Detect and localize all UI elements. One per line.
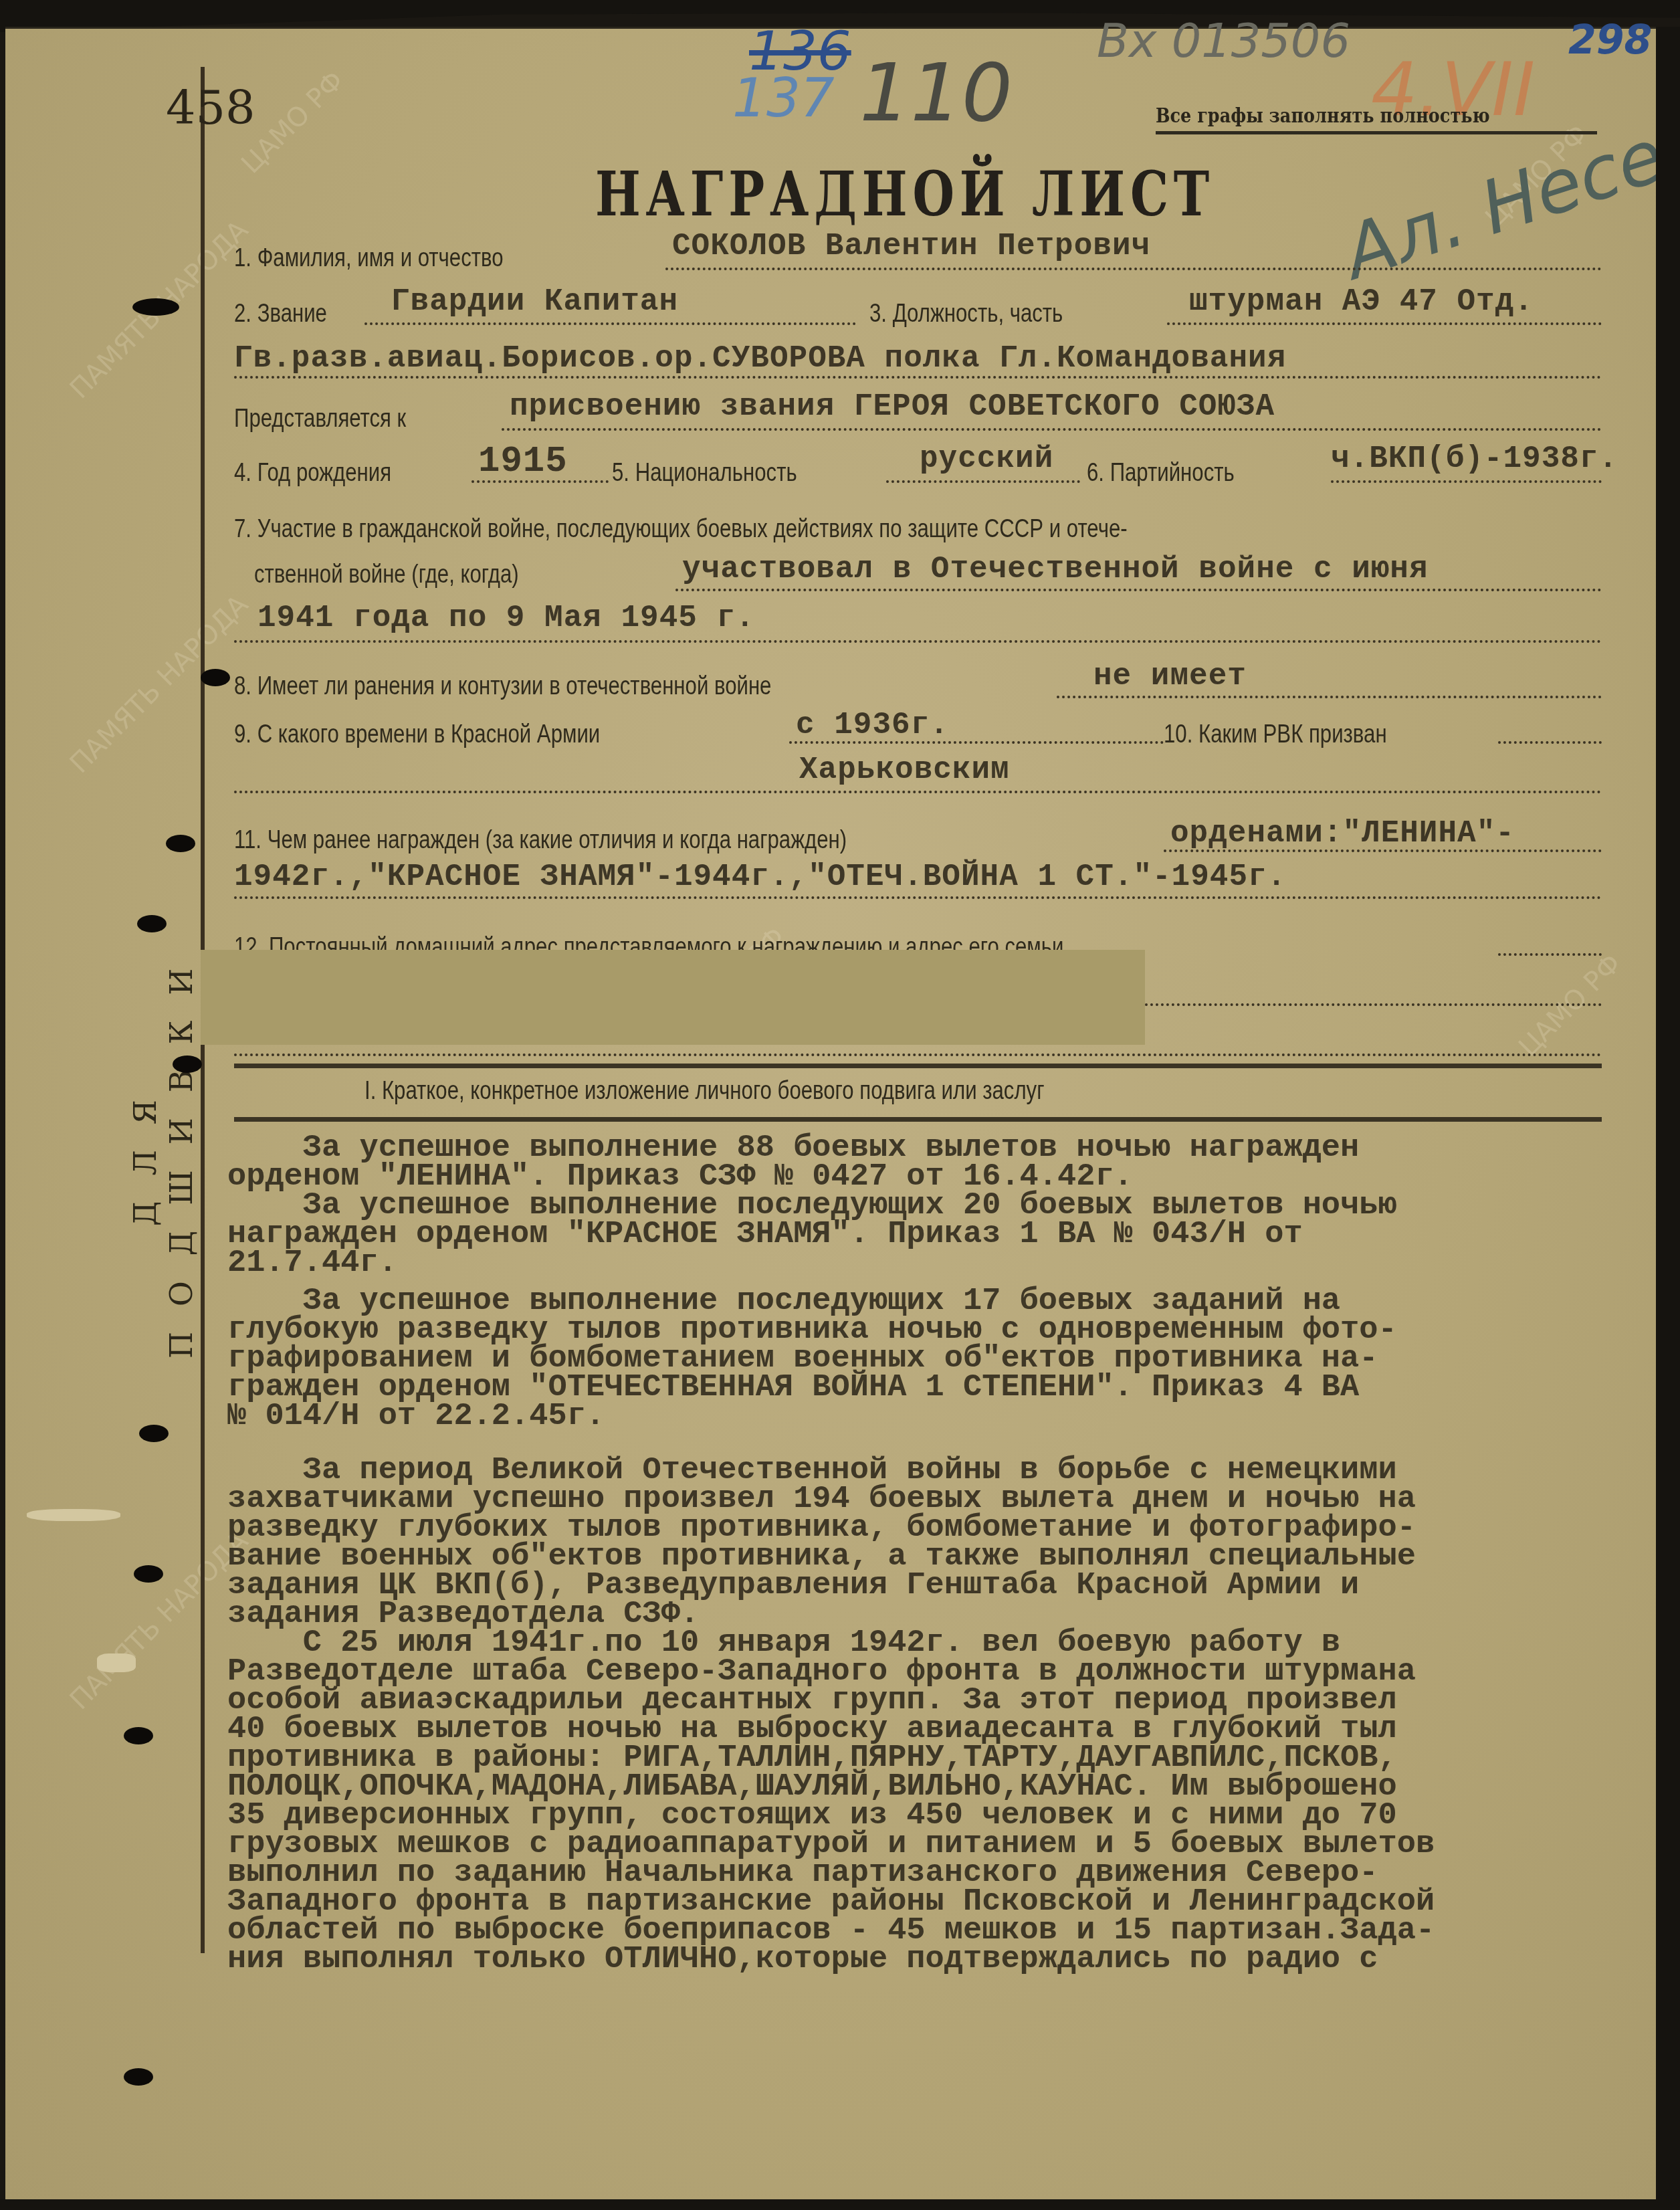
field-5-label: 5. Национальность	[612, 459, 797, 488]
narrative-line: вание военных об"ектов противника, а так…	[227, 1542, 1672, 1571]
field-11-value: орденами:"ЛЕНИНА"-	[1170, 816, 1515, 851]
field-3-value: штурман АЭ 47 Отд.	[1189, 284, 1534, 319]
paper-tear	[97, 1653, 136, 1672]
field-4-label: 4. Год рождения	[234, 459, 391, 488]
field-11-label: 11. Чем ранее награжден (за какие отличи…	[234, 826, 847, 855]
field-4-value: 1915	[478, 441, 568, 482]
redacted-address	[201, 950, 1145, 1045]
incoming-reference: Вх 013506	[1097, 13, 1350, 68]
nominated-label: Представляется к	[234, 405, 406, 433]
instruction-underline	[1156, 131, 1597, 134]
document-title: НАГРАДНОЙ ЛИСТ	[595, 158, 1215, 230]
fill-line	[886, 480, 1080, 483]
field-10-label: 10. Каким РВК призван	[1164, 720, 1387, 749]
section-heading: I. Краткое, конкретное изложение личного…	[364, 1077, 1045, 1106]
field-6-value: ч.ВКП(б)-1938г.	[1331, 441, 1618, 476]
narrative-line: областей по выброске боеприпасов - 45 ме…	[227, 1916, 1672, 1945]
field-7-label: 7. Участие в гражданской войне, последую…	[234, 515, 1128, 544]
field-8-value: не имеет	[1093, 659, 1247, 694]
field-6-label: 6. Партийность	[1087, 459, 1235, 488]
fill-line	[1498, 741, 1602, 744]
narrative-line: За успешное выполнение 88 боевых вылетов…	[227, 1134, 1672, 1163]
punch-hole	[124, 1727, 153, 1744]
field-1-value: СОКОЛОВ Валентин Петрович	[672, 229, 1150, 264]
fill-line	[234, 376, 1602, 379]
punch-hole	[166, 835, 195, 852]
field-9-value: с 1936г.	[796, 708, 949, 742]
field-7-value-continued: 1941 года по 9 Мая 1945 г.	[257, 601, 755, 635]
narrative-line: ния выполнял только ОТЛИЧНО,которые подт…	[227, 1945, 1672, 1974]
page-number: 298	[1568, 17, 1652, 64]
handwritten-number-blue: 137	[732, 67, 835, 129]
field-11-value-continued: 1942г.,"КРАСНОЕ ЗНАМЯ"-1944г.,"ОТЕЧ.ВОЙН…	[234, 860, 1286, 894]
fill-line	[234, 1053, 1602, 1056]
margin-label: ДЛЯ ПОДШИВКИ	[127, 856, 194, 1445]
punch-hole	[134, 1565, 163, 1583]
narrative-line: задания Разведотдела СЗФ.	[227, 1600, 1672, 1629]
narrative-line: задания ЦК ВКП(б), Разведуправления Генш…	[227, 1571, 1672, 1600]
narrative-line: глубокую разведку тылов противника ночью…	[227, 1316, 1672, 1344]
punch-hole	[137, 915, 167, 932]
narrative-line: С 25 июля 1941г.по 10 января 1942г. вел …	[227, 1629, 1672, 1657]
narrative-line: Разведотделе штаба Северо-Западного фрон…	[227, 1657, 1672, 1686]
fill-line	[1498, 953, 1602, 956]
punch-hole	[124, 2068, 153, 2086]
narrative-line: грузовых мешков с радиоаппаратурой и пит…	[227, 1830, 1672, 1859]
narrative-line: За успешное выполнение последующих 17 бо…	[227, 1287, 1672, 1316]
field-10-value: Харьковским	[799, 752, 1010, 787]
fill-line	[234, 791, 1602, 793]
fill-line	[1145, 1003, 1602, 1006]
field-7-value: участвовал в Отечественной войне с июня	[682, 552, 1429, 587]
narrative-line: № 014/Н от 22.2.45г.	[227, 1402, 1672, 1431]
fill-line	[234, 896, 1602, 899]
punch-hole	[201, 669, 230, 686]
field-2-value: Гвардии Капитан	[391, 284, 678, 319]
nominated-value: присвоению звания ГЕРОЯ СОВЕТСКОГО СОЮЗА	[510, 389, 1275, 424]
narrative-line: противника в районы: РИГА,ТАЛЛИН,ПЯРНУ,Т…	[227, 1744, 1672, 1773]
narrative-line: За период Великой Отечественной войны в …	[227, 1456, 1672, 1485]
narrative-line: награжден орденом "КРАСНОЕ ЗНАМЯ". Прика…	[227, 1220, 1672, 1249]
narrative-line: 35 диверсионных групп, состоящих из 450 …	[227, 1801, 1672, 1830]
narrative-line: За успешное выполнение последующих 20 бо…	[227, 1191, 1672, 1220]
narrative-line: выполнил по заданию Начальника партизанс…	[227, 1859, 1672, 1888]
narrative-line: захватчиками успешно произвел 194 боевых…	[227, 1485, 1672, 1514]
fill-line	[471, 480, 609, 483]
scan-right-edge	[1656, 27, 1680, 2210]
paper-tear	[27, 1509, 120, 1521]
field-1-label: 1. Фамилия, имя и отчество	[234, 244, 504, 273]
narrative-line: графированием и бомбометанием военных об…	[227, 1344, 1672, 1373]
fill-line	[1331, 480, 1602, 483]
fill-line	[234, 640, 1602, 643]
narrative-line: орденом "ЛЕНИНА". Приказ СЗФ № 0427 от 1…	[227, 1163, 1672, 1191]
fill-line	[502, 428, 1602, 431]
narrative-line: 40 боевых вылетов ночью на выброску авиа…	[227, 1715, 1672, 1744]
instruction-note: Все графы заполнять полностью	[1156, 104, 1490, 128]
section-rule-bottom	[234, 1117, 1602, 1122]
field-7-label-continued: ственной войне (где, когда)	[254, 561, 519, 589]
fill-line	[364, 322, 856, 325]
field-9-label: 9. С какого времени в Красной Армии	[234, 720, 600, 749]
punch-hole	[132, 298, 179, 316]
fill-line	[1164, 849, 1602, 852]
narrative-line: разведку глубоких тылов противника, бомб…	[227, 1514, 1672, 1542]
field-3-value-continued: Гв.разв.авиац.Борисов.ор.СУВОРОВА полка …	[234, 341, 1286, 376]
field-5-value: русский	[920, 441, 1053, 476]
narrative-line: гражден орденом "ОТЕЧЕСТВЕННАЯ ВОЙНА 1 С…	[227, 1373, 1672, 1402]
handwritten-number-pencil: 110	[859, 47, 1013, 140]
section-rule-top	[234, 1064, 1602, 1068]
narrative-line: 21.7.44г.	[227, 1249, 1672, 1278]
merit-narrative: За успешное выполнение 88 боевых вылетов…	[227, 1134, 1672, 1974]
fill-line	[1167, 322, 1602, 325]
narrative-line: ПОЛОЦК,ОПОЧКА,МАДОНА,ЛИБАВА,ШАУЛЯЙ,ВИЛЬН…	[227, 1773, 1672, 1801]
fill-line	[665, 268, 1602, 270]
field-2-label: 2. Звание	[234, 300, 327, 328]
fill-line	[789, 741, 1164, 744]
narrative-line: особой авиаэскадрильи десантных групп. З…	[227, 1686, 1672, 1715]
field-3-label: 3. Должность, часть	[869, 300, 1063, 328]
fill-line	[675, 589, 1602, 591]
scan-bottom-edge	[0, 2199, 1680, 2210]
narrative-line: Западного фронта в партизанские районы П…	[227, 1888, 1672, 1916]
field-8-label: 8. Имеет ли ранения и контузии в отечест…	[234, 672, 771, 701]
fill-line	[1057, 696, 1602, 698]
punch-hole	[173, 1056, 202, 1073]
sheet-number: 458	[166, 80, 255, 135]
punch-hole	[139, 1425, 169, 1442]
